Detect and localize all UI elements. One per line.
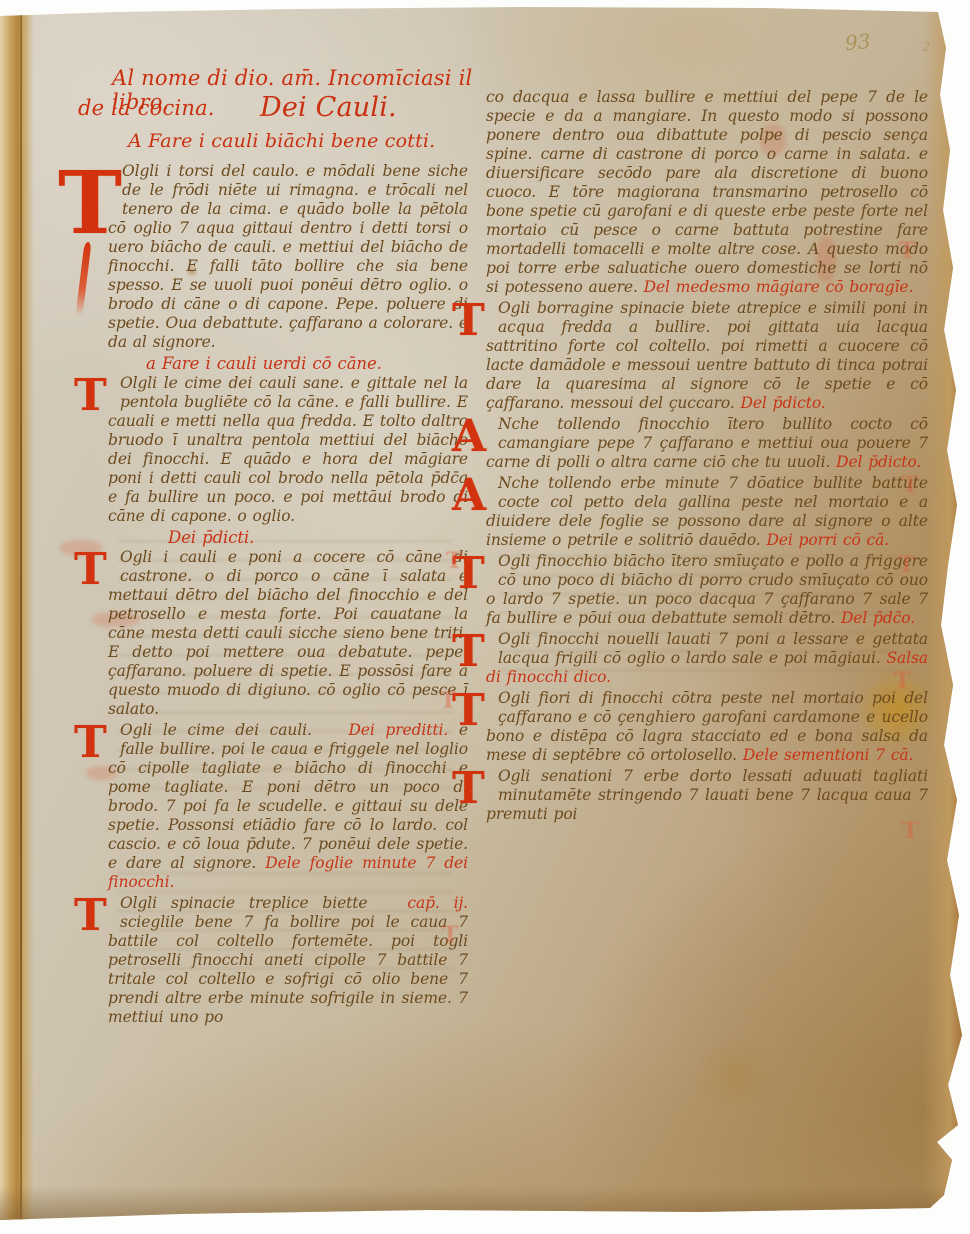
recipe-text: co dacqua e lassa bullire e mettiui del … [486,88,928,296]
tail-rubric: Del p̄dicto. [836,453,921,471]
guide-letter-mark: T [899,238,915,264]
bottom-edge-shading [0,1186,970,1220]
recipe-paragraph: TOgli finocchi nouelli lauati 7 poni a l… [486,630,928,687]
recipe-text: Olgli spinacie treplice biette [120,894,381,912]
tail-rubric: Dele sementioni 7 cā. [743,746,914,764]
manuscript-page: 93 2 Al nome di dio. am̄. Incomīciasi il… [0,0,970,1234]
initial-letter: T [74,896,114,932]
header-title-right: Dei Cauli. [260,92,397,123]
recipe-paragraph: TOgli borragine spinacie biete atrepice … [486,299,928,413]
initial-letter: T [74,376,114,412]
opening-initial-letter: T [58,164,112,202]
manuscript-scan: 93 2 Al nome di dio. am̄. Incomīciasi il… [0,0,970,1234]
recipe-text: Ogli finocchi nouelli lauati 7 poni a le… [498,630,928,667]
initial-letter: T [452,769,492,805]
recipe-paragraph: TOgli fiori di finocchi cōtra peste nel … [486,689,928,765]
recipe-paragraph: TOgli senationi 7 erbe dorto lessati adu… [486,767,928,824]
recipe-text: e falle bullire. poi le caua e friggele … [108,721,468,872]
recipe-rubric: a Fare i cauli uerdi cō cāne. [108,354,468,373]
recipe-text: Ogli senationi 7 erbe dorto lessati aduu… [486,767,928,823]
tail-rubric: Del p̄dc̄o. [841,609,915,627]
binding-fold-line [20,0,22,1234]
recipe-paragraph: ANche tollendo finocchio ītero bullito c… [486,415,928,472]
inline-rubric: cap̄. ij. [407,894,468,912]
recipe-paragraph: TOlgli le cime dei cauli sane. e gittale… [108,374,468,526]
recipe-paragraph: TOlgli spinacie treplice biette cap̄. ij… [108,894,468,1027]
recipe-paragraph: TOlgli i torsi del caulo. e mōdali bene … [108,162,468,352]
guide-letter-mark: T [446,548,462,574]
guide-letter-mark: T [898,552,914,578]
guide-letter-mark: T [440,688,456,714]
folio-number: 93 [844,29,871,55]
tail-rubric: Dei porri cō cā. [766,531,889,549]
stain [690,1045,780,1105]
guide-letter-mark: T [894,668,910,694]
binding-gutter [0,0,34,1234]
recipe-paragraph: TOgli i cauli e poni a cocere cō cāne di… [108,548,468,719]
recipe-rubric: Dei p̄dicti. [108,528,468,547]
initial-letter: A [452,476,492,512]
tail-rubric: Del medesmo māgiare cō boragīe. [644,278,914,296]
initial-letter: T [452,691,492,727]
inline-rubric: Dei preditti. [348,721,448,739]
initial-letter: A [452,417,492,453]
guide-letter-mark: T [442,922,458,948]
recipe-paragraph: TOgli finocchio biācho ītero smīuçato e … [486,552,928,628]
initial-letter: T [452,632,492,668]
initial-letter: T [452,301,492,337]
recipe-paragraph: co dacqua e lassa bullire e mettiui del … [486,88,928,297]
recipe-paragraph: TOgli le cime dei cauli. Dei preditti. e… [108,721,468,892]
recipe-text: Olgli i torsi del caulo. e mōdali bene s… [108,162,468,351]
initial-letter: T [74,723,114,759]
recipe-text: Olgli le cime dei cauli sane. e gittale … [108,374,468,525]
corner-mark: 2 [922,40,930,55]
header-title-left: de la cocina. [78,96,215,120]
guide-letter-mark: T [902,818,918,844]
torn-edge [924,0,970,1234]
header-chapter-rubric: A Fare i cauli biāchi bene cotti. [128,130,435,152]
guide-letter-mark: T [902,472,918,498]
left-column: TOlgli i torsi del caulo. e mōdali bene … [108,162,468,1029]
recipe-text: scieglile bene 7 fa bollire poi le caua … [108,913,468,1026]
right-column: co dacqua e lassa bullire e mettiui del … [486,88,928,826]
recipe-text: Ogli le cime dei cauli. [120,721,322,739]
initial-letter: T [74,550,114,586]
recipe-text: Ogli i cauli e poni a cocere cō cāne di … [108,548,468,718]
recipe-paragraph: ANche tollendo erbe minute 7 dōatice bul… [486,474,928,550]
tail-rubric: Del p̄dicto. [741,394,826,412]
recipe-text: Ogli borragine spinacie biete atrepice e… [486,299,928,412]
